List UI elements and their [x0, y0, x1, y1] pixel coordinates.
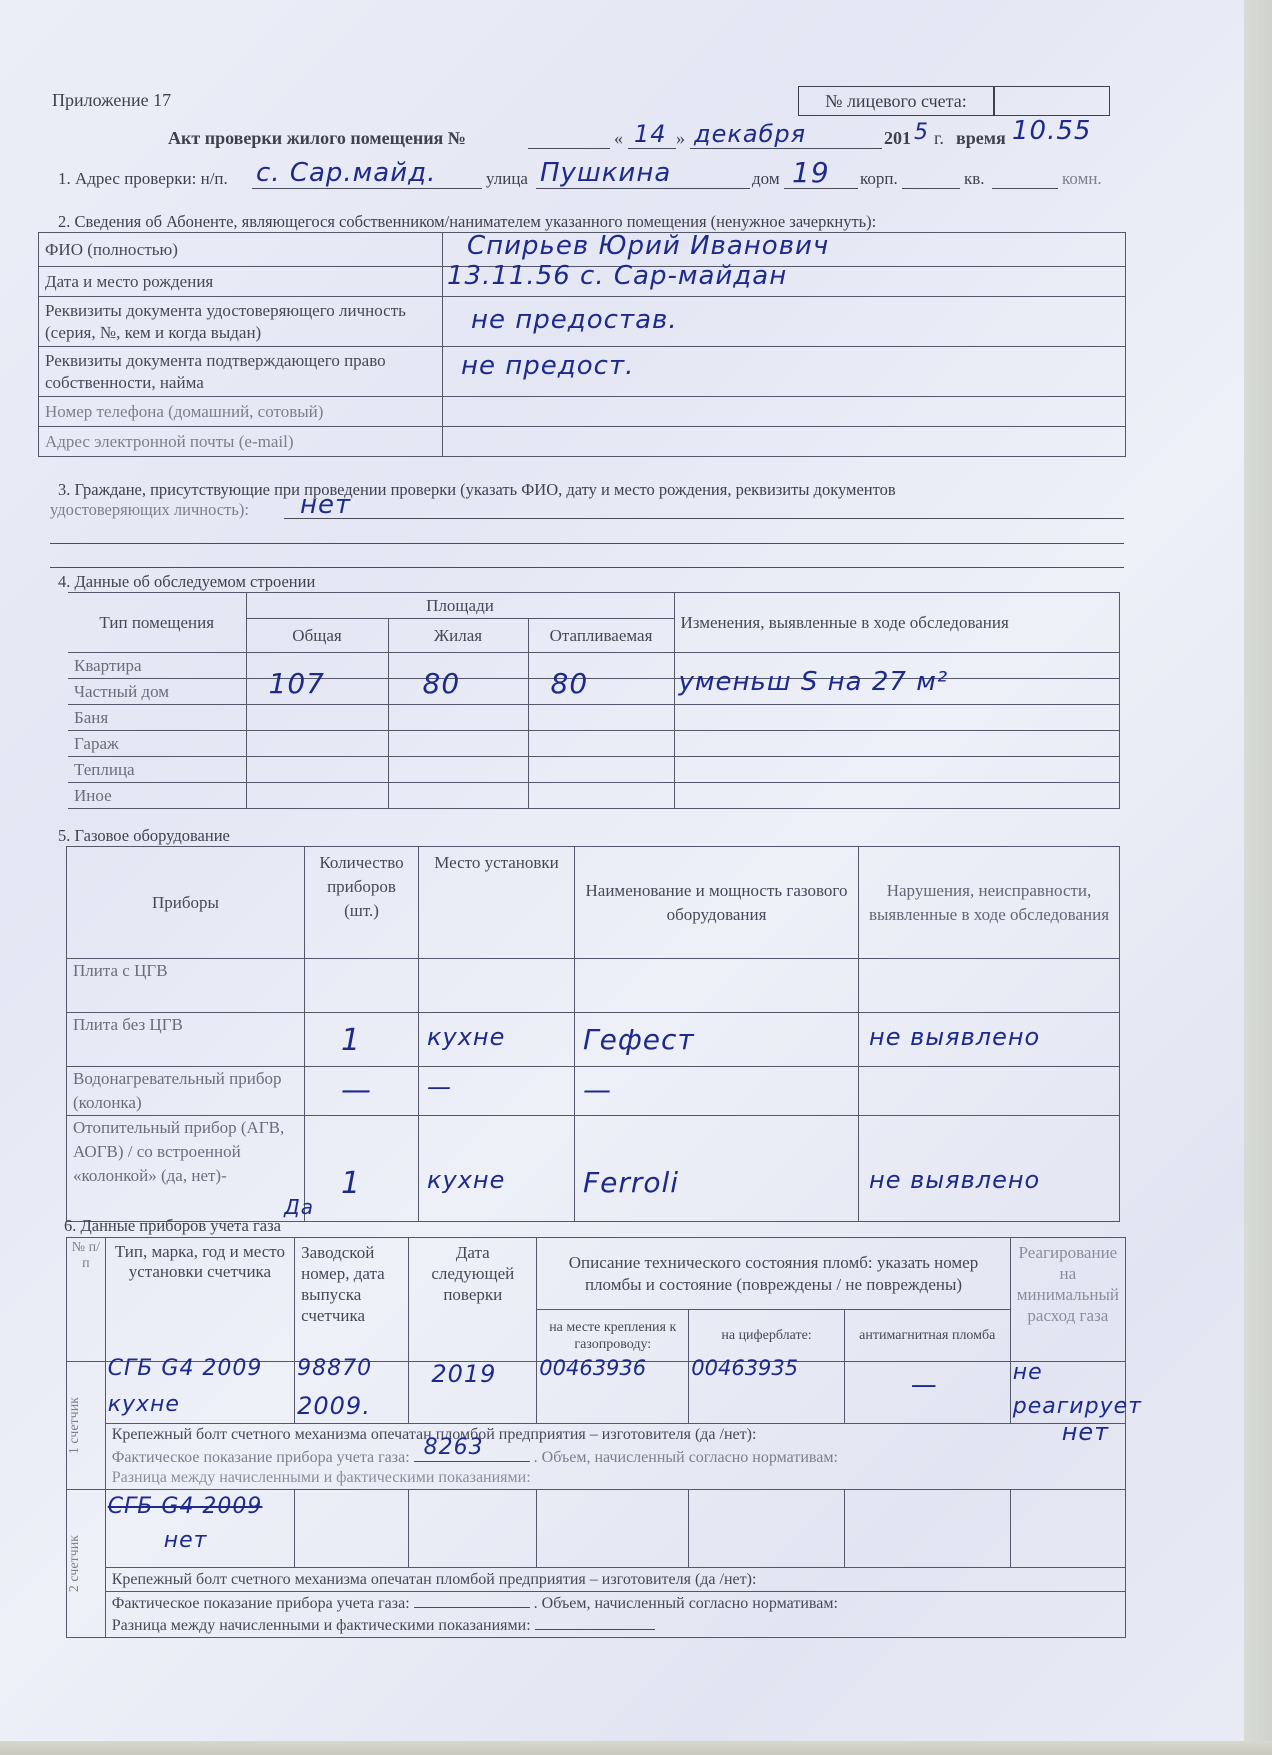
gas-violations-cell[interactable]: не выявлено: [859, 1116, 1120, 1222]
meter-1-next-check: 2019: [431, 1360, 496, 1388]
meter-2-diff-field[interactable]: [535, 1615, 655, 1630]
meter-2-seal-dial-field[interactable]: [689, 1490, 845, 1568]
date-month: декабря: [694, 120, 806, 148]
subscriber-row-birth: Дата и место рождения 13.11.56 с. Сар-ма…: [39, 267, 1126, 297]
meter-2-min-flow-field[interactable]: [1010, 1490, 1125, 1568]
meter-1-seal-pipe-field[interactable]: 00463936: [537, 1362, 689, 1424]
building-total-cell-value: 107: [269, 667, 325, 700]
building-row: Частный дом1078080уменьш S на 27 м²: [68, 679, 1120, 705]
building-total-cell[interactable]: [246, 757, 388, 783]
meter-1-seal-dial-field[interactable]: 00463935: [689, 1362, 845, 1424]
attendees-section-title: 3. Граждане, присутствующие при проведен…: [58, 480, 896, 500]
meter-1-min-flow-field[interactable]: не реагирует: [1010, 1362, 1125, 1424]
gas-name-power-value: Ferroli: [583, 1166, 679, 1199]
birth-value: 13.11.56 с. Сар-майдан: [447, 261, 787, 291]
birth-field[interactable]: 13.11.56 с. Сар-майдан: [443, 267, 1126, 297]
header-next-check: Дата следующей поверки: [409, 1238, 537, 1362]
meters-section-title: 6. Данные приборов учета газа: [64, 1216, 281, 1236]
meter-2-row: 2 счетчик СГБ G4 2009 нет: [67, 1490, 1126, 1568]
id-doc-value: не предостав.: [471, 305, 678, 335]
apartment-line: [992, 188, 1058, 189]
meter-2-seal-pipe-field[interactable]: [537, 1490, 689, 1568]
fio-value: Спирьев Юрий Иванович: [467, 231, 829, 261]
header-type: Тип помещения: [68, 593, 246, 653]
house-label: дом: [752, 169, 780, 189]
gas-violations-value: не выявлено: [869, 1166, 1040, 1194]
meter-2-norm-label: . Объем, начисленный согласно нормативам…: [534, 1595, 838, 1612]
year-prefix: 201: [884, 128, 911, 149]
meter-2-type-field[interactable]: СГБ G4 2009 нет: [105, 1490, 294, 1568]
paper-edge-bottom: [0, 1741, 1272, 1755]
building-total-cell[interactable]: 107: [246, 679, 388, 705]
gas-device-label: Отопительный прибор (АГВ, АОГВ) / со вст…: [67, 1116, 305, 1222]
time-label: время: [956, 128, 1006, 149]
header-device: Приборы: [67, 847, 305, 959]
header-seal-dial: на циферблате:: [689, 1310, 845, 1362]
gas-location-cell[interactable]: —: [419, 1067, 575, 1116]
gas-count-value: 1: [341, 1023, 361, 1058]
date-open-quote: «: [614, 128, 623, 149]
meter-1-serial: 98870: [297, 1356, 372, 1381]
building-heated-cell[interactable]: [528, 783, 674, 809]
building-total-cell[interactable]: [246, 783, 388, 809]
gas-name-power-value: —: [583, 1073, 612, 1106]
meter-2-reading-field[interactable]: [414, 1593, 530, 1608]
building-type-cell: Иное: [68, 783, 246, 809]
meter-2-bolt-label: Крепежный болт счетного механизма опечат…: [112, 1571, 757, 1588]
attendees-section-title-cont: удостоверяющих личность):: [50, 500, 249, 520]
email-field[interactable]: [443, 427, 1126, 457]
gas-equipment-row: Водонагревательный прибор (колонка)———: [67, 1067, 1120, 1116]
gas-name-power-cell[interactable]: Гефест: [575, 1013, 859, 1067]
header-heated: Отапливаемая: [528, 619, 674, 653]
date-day: 14: [634, 120, 667, 148]
gas-count-value: 1: [341, 1166, 361, 1201]
header-serial: Заводской номер, дата выпуска счетчика: [295, 1238, 409, 1362]
header-living: Жилая: [388, 619, 528, 653]
building-living-cell[interactable]: [388, 757, 528, 783]
attendees-line-3: [50, 567, 1124, 568]
header-meter-type: Тип, марка, год и место установки счетчи…: [105, 1238, 294, 1362]
subscriber-row-id-doc: Реквизиты документа удостоверяющего личн…: [39, 297, 1126, 347]
subscriber-row-phone: Номер телефона (домашний, сотовый): [39, 397, 1126, 427]
account-number-label: № лицевого счета:: [798, 86, 994, 116]
header-changes: Изменения, выявленные в ходе обследовани…: [674, 593, 1120, 653]
birth-label: Дата и место рождения: [39, 267, 443, 297]
apartment-label: кв.: [964, 169, 985, 189]
meter-2-diff-label: Разница между начисленными и фактическим…: [112, 1617, 531, 1634]
gas-location-value: кухне: [427, 1166, 505, 1194]
gas-equipment-row: Плита с ЦГВ: [67, 959, 1120, 1013]
phone-label: Номер телефона (домашний, сотовый): [39, 397, 443, 427]
building-total-cell[interactable]: [246, 705, 388, 731]
building-row: Иное: [68, 783, 1120, 809]
meter-1-min-flow: не реагирует: [1013, 1356, 1113, 1424]
settlement-value: с. Сар.майд.: [256, 158, 436, 188]
meter-1-norm-label: . Объем, начисленный согласно нормативам…: [534, 1449, 838, 1466]
building-living-cell[interactable]: [388, 705, 528, 731]
gas-violations-cell[interactable]: [859, 959, 1120, 1013]
gas-violations-cell[interactable]: не выявлено: [859, 1013, 1120, 1067]
id-doc-label: Реквизиты документа удостоверяющего личн…: [39, 297, 443, 347]
building-changes-cell[interactable]: [674, 757, 1120, 783]
meter-2-seal-magnet-field[interactable]: [844, 1490, 1010, 1568]
building-line: [902, 188, 960, 189]
building-heated-cell-value: 80: [551, 667, 589, 700]
building-row: Квартира: [68, 653, 1120, 679]
building-heated-cell[interactable]: [528, 731, 674, 757]
building-label: корп.: [860, 169, 898, 189]
building-changes-cell[interactable]: [674, 705, 1120, 731]
ownership-doc-label: Реквизиты документа подтверждающего прав…: [39, 347, 443, 397]
header-seals: Описание технического состояния пломб: у…: [537, 1238, 1011, 1310]
meter-1-reading-value: 8263: [424, 1435, 484, 1460]
building-total-cell[interactable]: [246, 731, 388, 757]
meter-1-next-check-field[interactable]: 2019: [409, 1362, 537, 1424]
header-total: Общая: [246, 619, 388, 653]
gas-location-value: —: [427, 1073, 452, 1101]
building-changes-cell[interactable]: [674, 731, 1120, 757]
meter-1-row: 1 счетчик СГБ G4 2009 кухне 98870 2009. …: [67, 1362, 1126, 1424]
building-changes-cell-value: уменьш S на 27 м²: [679, 667, 949, 697]
gas-violations-cell[interactable]: [859, 1067, 1120, 1116]
month-line: [690, 148, 882, 149]
act-number-line: [528, 148, 610, 149]
gas-location-value: кухне: [427, 1023, 505, 1051]
street-label: улица: [486, 169, 528, 189]
gas-count-value: —: [341, 1073, 372, 1108]
meter-2-next-check-field[interactable]: [409, 1490, 537, 1568]
meter-1-serial-field[interactable]: 98870 2009.: [295, 1362, 409, 1424]
gas-equipment-row: Плита без ЦГВ1кухнеГефестне выявлено: [67, 1013, 1120, 1067]
building-living-cell[interactable]: 80: [388, 679, 528, 705]
header-violations: Нарушения, неисправности, выявленные в х…: [859, 847, 1120, 959]
gas-location-cell[interactable]: [419, 959, 575, 1013]
subscriber-row-ownership-doc: Реквизиты документа подтверждающего прав…: [39, 347, 1126, 397]
gas-equipment-section-title: 5. Газовое оборудование: [58, 826, 230, 846]
gas-location-cell[interactable]: кухне: [419, 1013, 575, 1067]
meter-2-note: нет: [164, 1528, 208, 1553]
building-type-cell: Гараж: [68, 731, 246, 757]
meter-1-release-year: 2009.: [297, 1392, 371, 1420]
building-row: Баня: [68, 705, 1120, 731]
paper-edge-right: [1244, 0, 1272, 1755]
header-areas: Площади: [246, 593, 674, 619]
building-living-cell[interactable]: [388, 731, 528, 757]
header-count: Количество приборов (шт.): [305, 847, 419, 959]
gas-name-power-value: Гефест: [583, 1023, 695, 1056]
meter-1-bolt-value: нет: [1062, 1418, 1109, 1446]
gas-count-cell[interactable]: 1: [305, 1116, 419, 1222]
house-value: 19: [792, 156, 830, 189]
act-title: Акт проверки жилого помещения №: [168, 128, 466, 149]
meter-2-reading-label: Фактическое показание прибора учета газа…: [112, 1595, 410, 1612]
meter-1-type: СГБ G4 2009: [108, 1356, 263, 1381]
building-living-cell[interactable]: [388, 783, 528, 809]
meter-1-location: кухне: [108, 1392, 180, 1417]
header-min-flow: Реагирование на минимальный расход газа: [1010, 1238, 1125, 1362]
gas-equipment-table: Приборы Количество приборов (шт.) Место …: [66, 846, 1120, 1222]
building-heated-cell[interactable]: 80: [528, 679, 674, 705]
phone-field[interactable]: [443, 397, 1126, 427]
time-value: 10.55: [1012, 116, 1091, 146]
meter-2-serial-field[interactable]: [295, 1490, 409, 1568]
ownership-doc-value: не предост.: [461, 351, 634, 381]
gas-count-cell[interactable]: [305, 959, 419, 1013]
street-value: Пушкина: [540, 158, 671, 188]
gas-device-label: Водонагревательный прибор (колонка): [67, 1067, 305, 1116]
subscriber-row-email: Адрес электронной почты (e-mail): [39, 427, 1126, 457]
building-living-cell-value: 80: [423, 667, 461, 700]
meter-1-reading-label: Фактическое показание прибора учета газа…: [112, 1449, 410, 1466]
header-name-power: Наименование и мощность газового оборудо…: [575, 847, 859, 959]
day-line: [628, 148, 676, 149]
ownership-doc-field[interactable]: не предост.: [443, 347, 1126, 397]
building-changes-cell[interactable]: уменьш S на 27 м²: [674, 679, 1120, 705]
building-type-cell: Теплица: [68, 757, 246, 783]
gas-name-power-cell[interactable]: Ferroli: [575, 1116, 859, 1222]
building-type-cell: Баня: [68, 705, 246, 731]
meter-1-seal-pipe: 00463936: [539, 1356, 646, 1380]
room-label: комн.: [1062, 169, 1102, 189]
appendix-label: Приложение 17: [52, 90, 171, 111]
meter-1-side-label-cell: 1 счетчик: [67, 1362, 106, 1490]
building-heated-cell[interactable]: [528, 705, 674, 731]
year-unit: г.: [934, 128, 944, 149]
header-seal-magnet: антимагнитная пломба: [844, 1310, 1010, 1362]
gas-name-power-cell[interactable]: [575, 959, 859, 1013]
settlement-line: [252, 188, 482, 189]
attendees-value: нет: [300, 490, 351, 520]
building-row: Гараж: [68, 731, 1120, 757]
address-label: 1. Адрес проверки: н/п.: [58, 169, 228, 189]
date-close-quote: »: [676, 128, 685, 149]
fio-label: ФИО (полностью): [39, 233, 443, 267]
meter-1-seal-dial: 00463935: [691, 1356, 798, 1380]
meter-1-diff-label: Разница между начисленными и фактическим…: [112, 1469, 531, 1486]
meter-2-side-label: 2 счетчик: [67, 1535, 83, 1592]
meter-1-seal-magnet: —: [911, 1370, 938, 1400]
building-type-cell: Квартира: [68, 653, 246, 679]
meters-table: № п/п Тип, марка, год и место установки …: [66, 1237, 1126, 1638]
meter-1-type-field[interactable]: СГБ G4 2009 кухне: [105, 1362, 294, 1424]
gas-location-cell[interactable]: кухне: [419, 1116, 575, 1222]
gas-equipment-row: Отопительный прибор (АГВ, АОГВ) / со вст…: [67, 1116, 1120, 1222]
gas-device-label: Плита без ЦГВ: [67, 1013, 305, 1067]
meter-2-side-label-cell: 2 счетчик: [67, 1490, 106, 1638]
subscriber-table: ФИО (полностью) Спирьев Юрий Иванович Да…: [38, 232, 1126, 457]
attendees-line-1: [284, 518, 1124, 519]
gas-count-cell[interactable]: —: [305, 1067, 419, 1116]
building-section-title: 4. Данные об обследуемом строении: [58, 572, 315, 592]
gas-device-label: Плита с ЦГВ: [67, 959, 305, 1013]
subscriber-section-title: 2. Сведения об Абоненте, являющегося соб…: [58, 212, 876, 232]
building-table: Тип помещения Площади Изменения, выявлен…: [68, 592, 1120, 809]
header-location: Место установки: [419, 847, 575, 959]
street-line: [536, 188, 750, 189]
building-type-cell: Частный дом: [68, 679, 246, 705]
building-row: Теплица: [68, 757, 1120, 783]
gas-count-cell[interactable]: 1: [305, 1013, 419, 1067]
meter-1-reading-field[interactable]: 8263: [414, 1447, 530, 1462]
account-number-field[interactable]: [994, 86, 1110, 116]
meter-1-side-label: 1 счетчик: [67, 1397, 83, 1454]
meter-1-seal-magnet-field[interactable]: —: [844, 1362, 1010, 1424]
meter-2-type: СГБ G4 2009: [108, 1494, 263, 1519]
email-label: Адрес электронной почты (e-mail): [39, 427, 443, 457]
gas-name-power-cell[interactable]: —: [575, 1067, 859, 1116]
attendees-line-2: [50, 543, 1124, 544]
id-doc-field[interactable]: не предостав.: [443, 297, 1126, 347]
gas-violations-value: не выявлено: [869, 1023, 1040, 1051]
year-suffix: 5: [914, 120, 929, 145]
building-changes-cell[interactable]: [674, 783, 1120, 809]
header-seal-pipe: на месте крепления к газопроводу:: [537, 1310, 689, 1362]
building-heated-cell[interactable]: [528, 757, 674, 783]
header-num: № п/п: [67, 1238, 106, 1362]
